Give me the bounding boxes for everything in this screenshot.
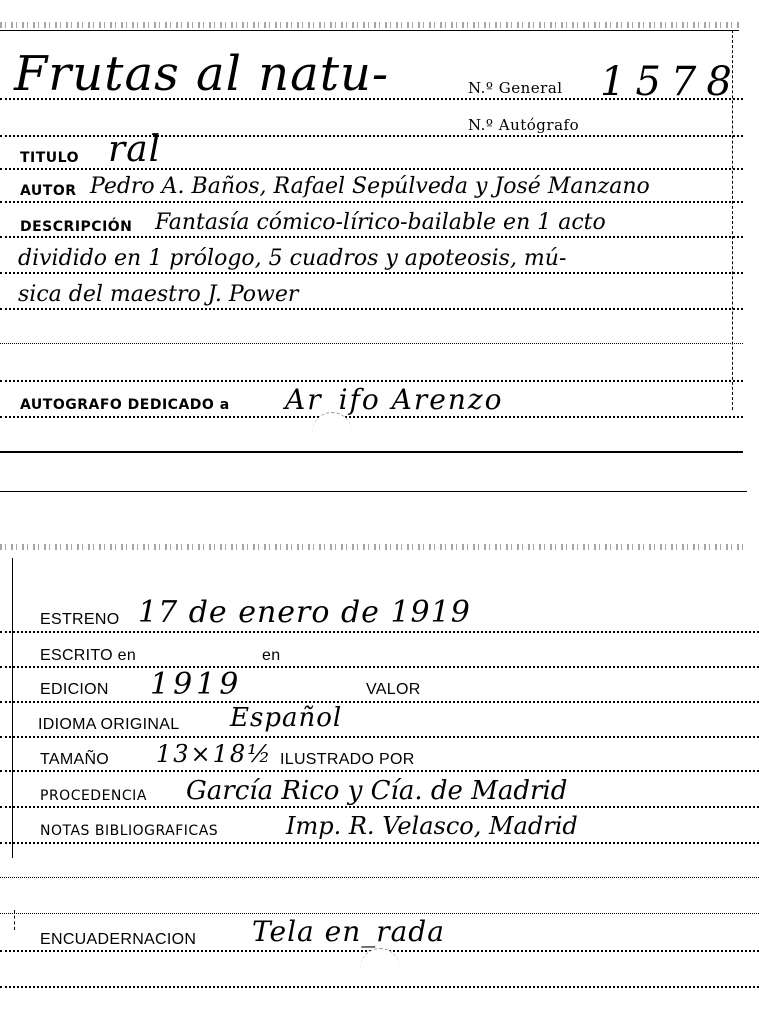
titulo-value: ral (108, 132, 161, 168)
edicion-label: EDICION (40, 682, 109, 698)
descripcion-line-3: sica del maestro J. Power (18, 284, 298, 306)
punch-hole (360, 948, 400, 989)
rule-line (0, 986, 759, 988)
title-handwritten: Frutas al natu- (14, 50, 389, 98)
idioma-original-value: Español (230, 705, 342, 731)
estreno-value: 17 de enero de 1919 (138, 598, 471, 628)
rule-line (0, 343, 743, 344)
numero-autografo-label: N.º Autógrafo (468, 118, 579, 133)
rule-line (0, 236, 743, 238)
descripcion-line-1: Fantasía cómico-lírico-bailable en 1 act… (155, 212, 606, 234)
idioma-original-label: IDIOMA ORIGINAL (38, 717, 179, 733)
rule-line (0, 806, 759, 808)
card-left-edge (14, 910, 15, 930)
edicion-value: 1919 (150, 670, 242, 700)
tamano-label: TAMAÑO (40, 752, 109, 768)
escrito-label-2: en (262, 648, 280, 664)
scan-noise-strip (0, 544, 747, 550)
encuadernacion-value: Tela en_rada (252, 918, 445, 946)
encuadernacion-label: ENCUADERNACION (40, 932, 196, 948)
descripcion-label: DESCRIPCIÓN (20, 220, 132, 234)
card-bottom-edge (0, 491, 747, 492)
notas-bibliograficas-value: Imp. R. Velasco, Madrid (286, 814, 578, 838)
autor-value: Pedro A. Baños, Rafael Sepúlveda y José … (90, 176, 650, 198)
top-border (0, 30, 739, 31)
procedencia-value: García Rico y Cía. de Madrid (186, 778, 567, 804)
numero-general-value: 1578 (600, 62, 742, 102)
estreno-label: ESTRENO (40, 612, 119, 628)
rule-line (0, 736, 759, 738)
autografo-dedicado-label: AUTOGRAFO DEDICADO a (20, 398, 230, 412)
rule-line (0, 666, 759, 668)
rule-line (0, 380, 743, 382)
rule-line (0, 201, 743, 203)
rule-line (0, 701, 759, 703)
rule-line (0, 416, 743, 418)
card-left-edge (12, 558, 13, 858)
catalog-card-back: ESTRENO 17 de enero de 1919 ESCRITO en e… (0, 540, 759, 1028)
titulo-label: TITULO (20, 151, 79, 165)
valor-label: VALOR (366, 682, 421, 698)
rule-line (0, 913, 759, 914)
ilustrado-por-label: ILUSTRADO POR (280, 752, 415, 768)
notas-bibliograficas-label: NOTAS BIBLIOGRAFICAS (40, 824, 218, 838)
rule-line (0, 272, 743, 274)
procedencia-label: PROCEDENCIA (40, 789, 147, 803)
autor-label: AUTOR (20, 184, 77, 198)
rule-line (0, 168, 743, 170)
rule-line (0, 451, 743, 453)
rule-line (0, 98, 743, 100)
rule-line (0, 631, 759, 633)
rule-line (0, 842, 759, 844)
rule-line (0, 308, 743, 310)
scan-noise-strip (0, 22, 739, 28)
tamano-value: 13×18½ (156, 742, 272, 766)
numero-general-label: N.º General (468, 81, 563, 96)
descripcion-line-2: dividido en 1 prólogo, 5 cuadros y apote… (18, 248, 566, 270)
catalog-card-front: Frutas al natu- N.º General 1578 N.º Aut… (0, 0, 759, 500)
rule-line (0, 877, 759, 878)
punch-hole (312, 412, 352, 453)
rule-line (0, 770, 759, 772)
autografo-dedicado-value: Ar_ifo Arenzo (285, 386, 504, 414)
escrito-label: ESCRITO en (40, 648, 136, 664)
